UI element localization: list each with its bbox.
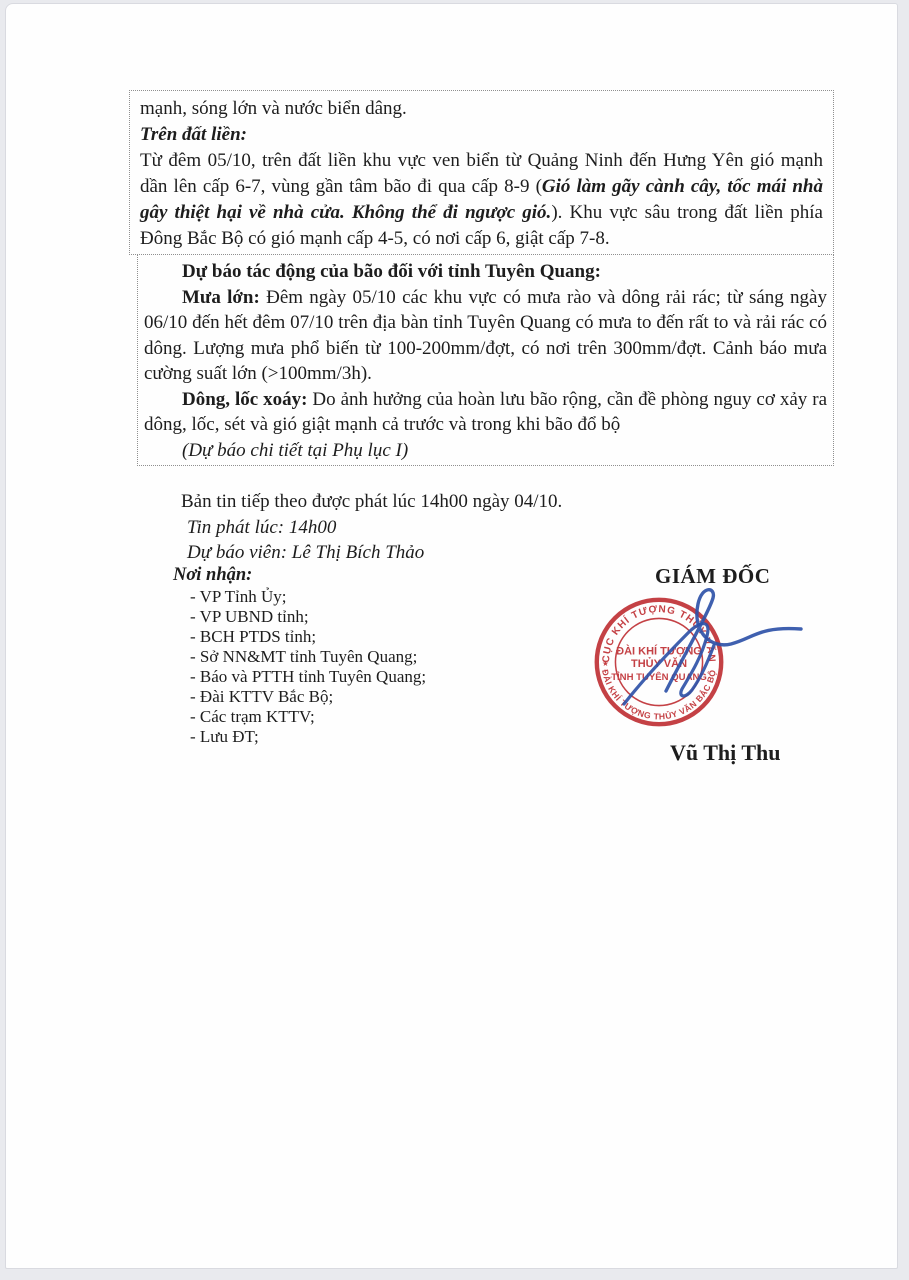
- next-bulletin-line: Bản tin tiếp theo được phát lúc 14h00 ng…: [181, 491, 562, 513]
- issued-time-line: Tin phát lúc: 14h00: [187, 517, 336, 539]
- onland-wind-paragraph: Từ đêm 05/10, trên đất liền khu vực ven …: [140, 148, 823, 252]
- table-cell-onland-forecast: mạnh, sóng lớn và nước biển dâng. Trên đ…: [129, 90, 834, 255]
- director-handwritten-signature: [561, 576, 816, 716]
- recipient-item: - Các trạm KTTV;: [190, 707, 426, 727]
- recipient-item: - Lưu ĐT;: [190, 727, 426, 747]
- thunderstorm-paragraph: Dông, lốc xoáy: Do ảnh hưởng của hoàn lư…: [144, 387, 827, 438]
- director-name: Vũ Thị Thu: [670, 740, 781, 766]
- forecaster-line: Dự báo viên: Lê Thị Bích Thảo: [187, 542, 424, 564]
- signature-stroke-scrawl: [624, 624, 714, 704]
- recipient-item: - VP Tỉnh Ủy;: [190, 587, 426, 607]
- recipients-label: Nơi nhận:: [173, 565, 252, 586]
- document-page: mạnh, sóng lớn và nước biển dâng. Trên đ…: [5, 3, 898, 1269]
- table-cell-impact-forecast: Dự báo tác động của bão đối với tỉnh Tuy…: [137, 254, 834, 466]
- appendix-note: (Dự báo chi tiết tại Phụ lục I): [144, 438, 827, 464]
- recipients-list: - VP Tỉnh Ủy;- VP UBND tỉnh;- BCH PTDS t…: [190, 587, 426, 747]
- heavy-rain-paragraph: Mưa lớn: Đêm ngày 05/10 các khu vực có m…: [144, 285, 827, 387]
- sea-overflow-line: mạnh, sóng lớn và nước biển dâng.: [140, 96, 823, 122]
- recipient-item: - Báo và PTTH tỉnh Tuyên Quang;: [190, 667, 426, 687]
- signature-stroke-main: [666, 590, 801, 691]
- scanned-weather-bulletin: { "document": { "box1": { "line1": "mạnh…: [0, 0, 909, 1280]
- impact-heading: Dự báo tác động của bão đối với tỉnh Tuy…: [144, 259, 827, 285]
- recipient-item: - Đài KTTV Bắc Bộ;: [190, 687, 426, 707]
- recipient-item: - BCH PTDS tỉnh;: [190, 627, 426, 647]
- onland-heading: Trên đất liền:: [140, 122, 823, 148]
- recipient-item: - VP UBND tỉnh;: [190, 607, 426, 627]
- recipient-item: - Sở NN&MT tỉnh Tuyên Quang;: [190, 647, 426, 667]
